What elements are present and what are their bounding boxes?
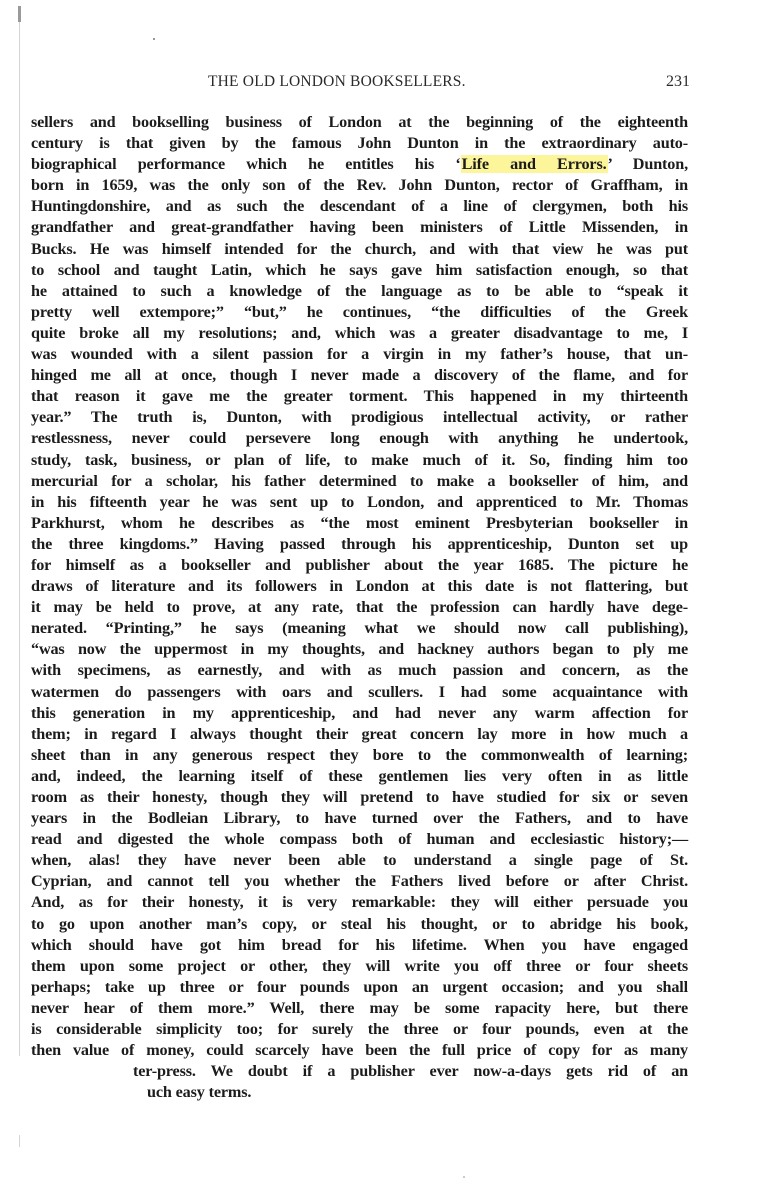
text-line: Huntingdonshire, and as such the descend… [31, 196, 688, 217]
text-line: Cyprian, and cannot tell you whether the… [31, 871, 688, 892]
text-line-truncated: uch easy terms. [31, 1082, 688, 1103]
text-line: it may be held to prove, at any rate, th… [31, 597, 688, 618]
body-text: sellers and bookselling business of Lond… [31, 112, 688, 1103]
text-line: the three kingdoms.” Having passed throu… [31, 534, 688, 555]
text-line: that reason it gave me the greater torme… [31, 386, 688, 407]
text-line: mercurial for a scholar, his father dete… [31, 471, 688, 492]
highlighted-title-life-and-errors[interactable]: Life and Errors. [461, 155, 608, 173]
text-line: perhaps; take up three or four pounds up… [31, 977, 688, 998]
text-line: them; in regard I always thought their g… [31, 724, 688, 745]
text-line: century is that given by the famous John… [31, 133, 688, 154]
text-line: year.” The truth is, Dunton, with prodig… [31, 407, 688, 428]
text-line: he attained to such a knowledge of the l… [31, 281, 688, 302]
text-line: pretty well extempore;” “but,” he contin… [31, 302, 688, 323]
text-line: with specimens, as earnestly, and with a… [31, 660, 688, 681]
text-line: them upon some project or other, they wi… [31, 956, 688, 977]
text-line: draws of literature and its followers in… [31, 576, 688, 597]
text-line: in his fifteenth year he was sent up to … [31, 492, 688, 513]
text-line: grandfather and great-grandfather having… [31, 217, 688, 238]
text-line: quite broke all my resolutions; and, whi… [31, 323, 688, 344]
text-line: nerated. “Printing,” he says (meaning wh… [31, 618, 688, 639]
page-gutter-edge [19, 6, 20, 1056]
text-line: then value of money, could scarcely have… [31, 1040, 688, 1061]
text-line: was wounded with a silent passion for a … [31, 344, 688, 365]
text-line: read and digested the whole compass both… [31, 829, 688, 850]
text-segment: biographical performance which he entitl… [31, 155, 461, 173]
text-line: this generation in my apprenticeship, an… [31, 703, 688, 724]
text-line: years in the Bodleian Library, to have t… [31, 808, 688, 829]
text-line: hinged me all at once, though I never ma… [31, 365, 688, 386]
text-line: “was now the uppermost in my thoughts, a… [31, 639, 688, 660]
text-line: study, task, business, or plan of life, … [31, 450, 688, 471]
text-line: to go upon another man’s copy, or steal … [31, 914, 688, 935]
text-line: sellers and bookselling business of Lond… [31, 112, 688, 133]
text-line: And, as for their honesty, it is very re… [31, 892, 688, 913]
text-line: for himself as a bookseller and publishe… [31, 555, 688, 576]
running-title: THE OLD LONDON BOOKSELLERS. [208, 73, 466, 91]
text-line: never hear of them more.” Well, there ma… [31, 998, 688, 1019]
text-line: born in 1659, was the only son of the Re… [31, 175, 688, 196]
page-number: 231 [666, 73, 690, 91]
text-line: Bucks. He was himself intended for the c… [31, 239, 688, 260]
scan-speck [153, 38, 155, 40]
text-line: restlessness, never could persevere long… [31, 428, 688, 449]
text-line: and, indeed, the learning itself of thes… [31, 766, 688, 787]
text-line: Parkhurst, whom he describes as “the mos… [31, 513, 688, 534]
text-line: to school and taught Latin, which he say… [31, 260, 688, 281]
text-line: is considerable simplicity too; for sure… [31, 1019, 688, 1040]
text-line-with-highlight: biographical performance which he entitl… [31, 154, 688, 175]
page-gutter-edge-lower [19, 1135, 20, 1147]
running-header: THE OLD LONDON BOOKSELLERS. 231 [30, 73, 690, 95]
text-line: which should have got him bread for his … [31, 935, 688, 956]
text-line-truncated: ter-press. We doubt if a publisher ever … [31, 1061, 688, 1082]
text-line: watermen do passengers with oars and scu… [31, 682, 688, 703]
text-segment: ’ Dunton, [608, 155, 688, 173]
page-edge-mark [18, 6, 21, 22]
text-line: when, alas! they have never been able to… [31, 850, 688, 871]
text-line: room as their honesty, though they will … [31, 787, 688, 808]
text-line: sheet than in any generous respect they … [31, 745, 688, 766]
scan-speck [463, 1176, 465, 1178]
